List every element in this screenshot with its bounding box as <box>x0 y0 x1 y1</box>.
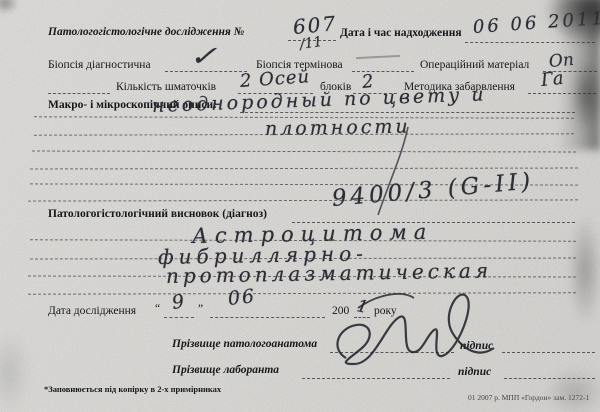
pathologist-sign-label: підпис <box>460 340 493 352</box>
exam-year-handwriting: 1 <box>355 296 370 318</box>
macro-handwriting-line2: плотности <box>265 115 411 140</box>
staining-handwriting: Га <box>540 68 565 91</box>
scan-smudge-right-mid <box>568 215 600 325</box>
lab-sign-label: підпис <box>458 366 491 378</box>
diagnosis-handwriting-line3: протоплазматическая <box>166 258 492 288</box>
conclusion-label: Патологогістологічний висновок (діагноз) <box>48 208 267 220</box>
pieces-handwriting: 2 Осей <box>239 66 311 92</box>
checkmark-handwriting: ✓ <box>187 41 220 72</box>
print-info: 01 2007 р. МПП «Гордон» зам. 1272-1 <box>468 393 589 402</box>
lab-assistant-label: Прізвище лаборанта <box>172 364 279 376</box>
biopsy-diagnostic-blank <box>165 71 247 72</box>
scan-smudge-top-left <box>0 0 18 14</box>
quote-open: “ <box>155 303 160 315</box>
urgent-dash-handwriting <box>356 55 400 59</box>
received-date-handwriting: 06 06 2011 <box>472 8 600 38</box>
pathologist-label: Прізвище патологоанатома <box>172 338 317 350</box>
exam-day-blank <box>164 317 194 318</box>
operative-material-label: Операційний матеріал <box>420 59 529 71</box>
quote-close: ” <box>198 303 203 315</box>
ruled-line <box>28 292 576 294</box>
exam-number-suffix-handwriting: /11 <box>299 34 324 53</box>
ruled-line <box>28 199 578 201</box>
exam-month-handwriting: 06 <box>227 285 257 310</box>
lab-sign-blank <box>504 378 595 379</box>
lead-blank <box>48 93 110 94</box>
pathologist-sign-blank <box>502 352 595 353</box>
scan-smudge-bottom-left <box>0 330 30 412</box>
year-word: року <box>374 305 397 317</box>
exam-number-blank <box>288 40 336 41</box>
pathologist-signature <box>318 288 503 378</box>
footnote: *Заповнюється під копірку в 2-х примірни… <box>44 384 221 394</box>
lab-name-blank <box>302 378 450 379</box>
year-printed: 200 <box>332 305 349 317</box>
scanned-pathology-form: Патологогістологічне дослідження № 607 /… <box>0 0 600 412</box>
exam-title-label: Патологогістологічне дослідження № <box>48 26 244 38</box>
received-date-blank <box>465 42 595 43</box>
ruled-line <box>32 151 576 153</box>
pathologist-name-blank <box>330 352 454 353</box>
staining-blank <box>528 93 596 94</box>
received-date-label: Дата і час надходження <box>340 27 462 39</box>
exam-month-blank <box>210 317 325 318</box>
pieces-label: Кількість шматочків <box>116 81 216 93</box>
exam-date-label: Дата дослідження <box>48 305 136 317</box>
diagnosis-code-handwriting: 9400/3 (G-ІІ) <box>331 168 535 212</box>
scan-smudge-bottom-right <box>545 368 600 412</box>
ruled-line <box>30 168 578 170</box>
biopsy-diagnostic-label: Біопсія діагностична <box>48 59 151 71</box>
